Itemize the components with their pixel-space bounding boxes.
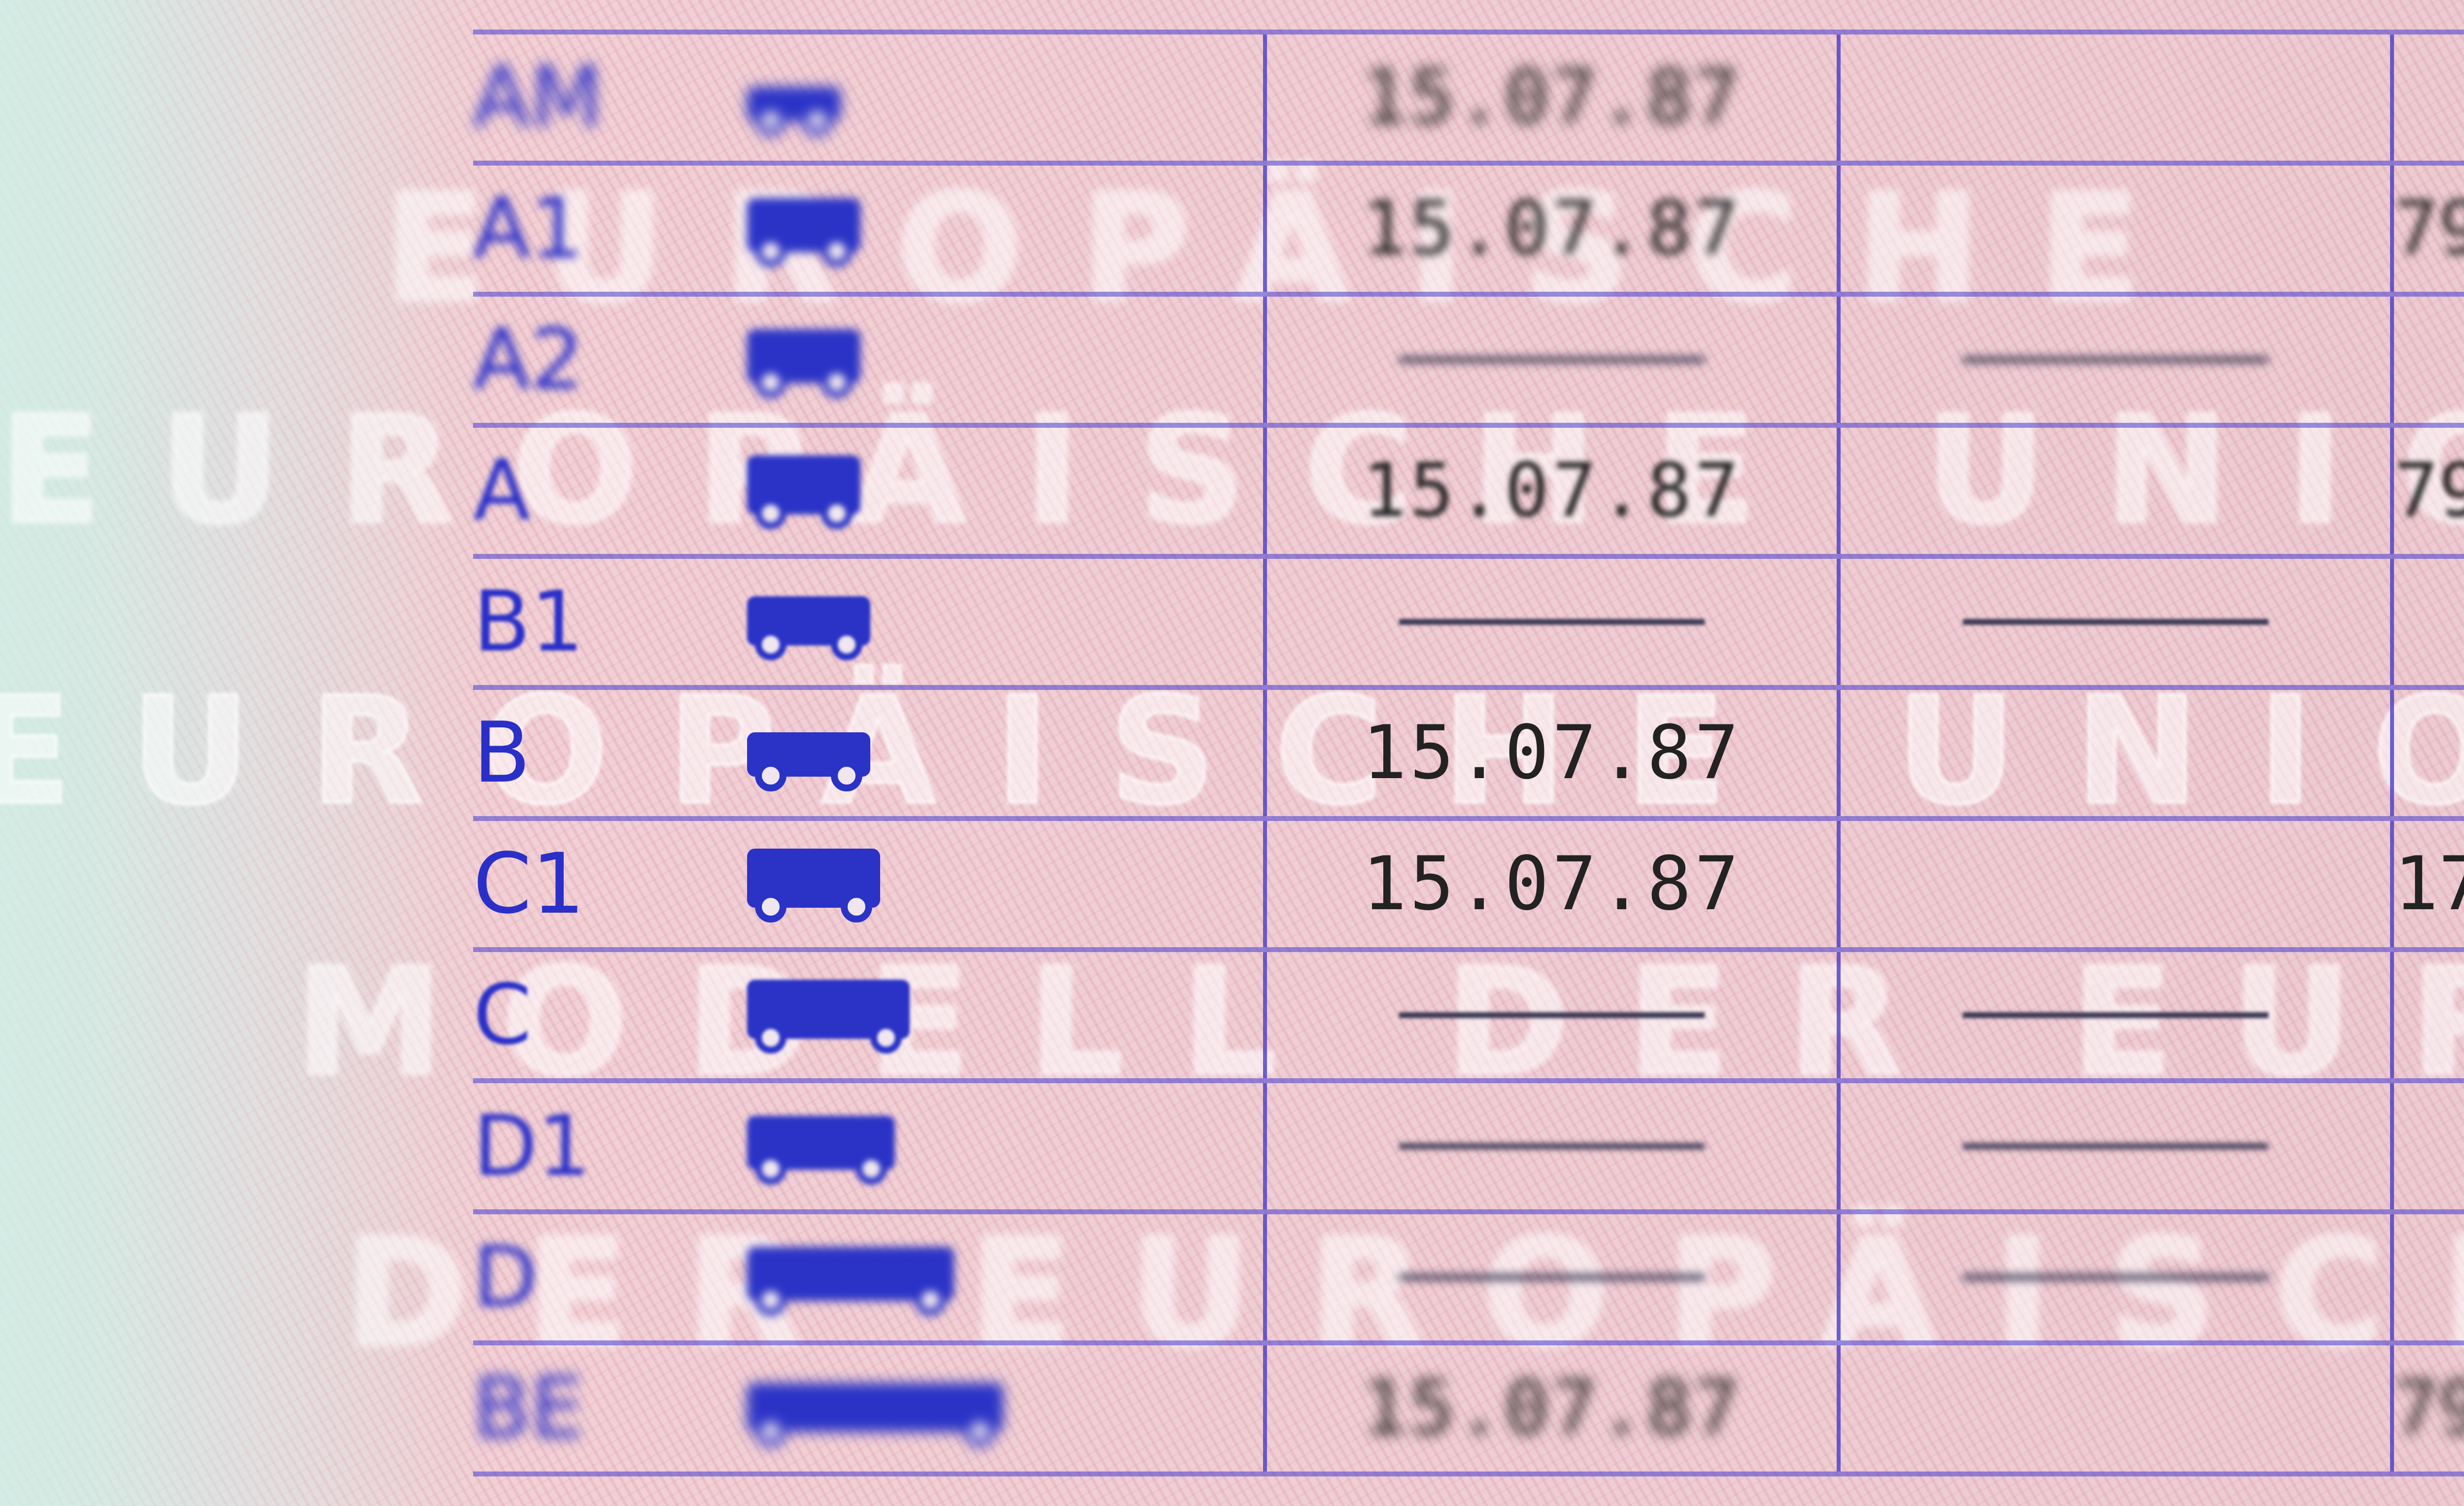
category-code: BE bbox=[473, 1343, 747, 1474]
category-code: D bbox=[473, 1212, 747, 1343]
valid-from-date: 15.07.87 bbox=[1265, 819, 1839, 950]
valid-from-date: 15.07.87 bbox=[1265, 163, 1839, 294]
valid-until-date bbox=[1839, 1343, 2392, 1474]
valid-until-date bbox=[1839, 425, 2392, 556]
light-vehicle-icon bbox=[747, 586, 870, 655]
restriction-codes: 171 bbox=[2392, 819, 2464, 950]
empty-dash bbox=[1963, 619, 2268, 625]
valid-from-date: 15.07.87 bbox=[1265, 32, 1839, 163]
valid-until-date bbox=[1839, 950, 2392, 1081]
category-code: A bbox=[473, 425, 747, 556]
category-code: C bbox=[473, 950, 747, 1081]
empty-dash bbox=[1963, 1143, 2268, 1149]
valid-from-date: 15.07.87 bbox=[1265, 687, 1839, 819]
category-code: C1 bbox=[473, 819, 747, 950]
restriction-codes bbox=[2392, 1212, 2464, 1343]
licence-row-c: C bbox=[473, 950, 2464, 1081]
restriction-codes bbox=[2392, 294, 2464, 425]
bus-icon bbox=[747, 1242, 954, 1311]
empty-dash bbox=[1399, 1274, 1705, 1280]
empty-dash bbox=[1963, 357, 2268, 363]
category-code: AM bbox=[473, 32, 747, 163]
car-icon bbox=[747, 718, 870, 787]
licence-row-be: BE15.07.8779.06 bbox=[473, 1343, 2464, 1474]
valid-until-date bbox=[1839, 687, 2392, 819]
licence-row-d1: D1 bbox=[473, 1081, 2464, 1212]
car-trailer-icon bbox=[747, 1373, 1003, 1442]
empty-dash bbox=[1399, 619, 1705, 625]
restriction-codes: 79.06 bbox=[2392, 1343, 2464, 1474]
valid-from-date: 15.07.87 bbox=[1265, 1343, 1839, 1474]
restriction-codes: 79.03,79.04 bbox=[2392, 163, 2464, 294]
licence-row-d: D bbox=[473, 1212, 2464, 1343]
valid-from-date bbox=[1265, 556, 1839, 687]
licence-row-a: A15.07.8779.03,79.04 bbox=[473, 425, 2464, 556]
licence-row-am: AM15.07.87 bbox=[473, 32, 2464, 163]
restriction-codes bbox=[2392, 556, 2464, 687]
restriction-codes bbox=[2392, 950, 2464, 1081]
valid-from-date bbox=[1265, 294, 1839, 425]
restriction-codes bbox=[2392, 687, 2464, 819]
licence-row-a2: A2 bbox=[473, 294, 2464, 425]
light-motorcycle-icon bbox=[747, 193, 860, 262]
empty-dash bbox=[1399, 1143, 1705, 1149]
light-truck-icon bbox=[747, 849, 880, 918]
empty-dash bbox=[1963, 1012, 2268, 1018]
empty-dash bbox=[1399, 1012, 1705, 1018]
restriction-codes bbox=[2392, 1081, 2464, 1212]
minibus-icon bbox=[747, 1111, 895, 1180]
empty-dash bbox=[1963, 1274, 2268, 1280]
category-code: B1 bbox=[473, 556, 747, 687]
valid-until-date bbox=[1839, 1212, 2392, 1343]
licence-category-table: AM15.07.87A115.07.8779.03,79.04A2A15.07.… bbox=[473, 30, 2464, 1476]
moped-icon bbox=[747, 62, 841, 131]
heavy-motorcycle-icon bbox=[747, 455, 860, 524]
valid-from-date bbox=[1265, 1081, 1839, 1212]
category-code: A2 bbox=[473, 294, 747, 425]
category-code: D1 bbox=[473, 1081, 747, 1212]
valid-from-date: 15.07.87 bbox=[1265, 425, 1839, 556]
restriction-codes: 79.03,79.04 bbox=[2392, 425, 2464, 556]
valid-until-date bbox=[1839, 32, 2392, 163]
category-code: A1 bbox=[473, 163, 747, 294]
category-code: B bbox=[473, 687, 747, 819]
valid-from-date bbox=[1265, 950, 1839, 1081]
licence-row-c1: C115.07.87171 bbox=[473, 819, 2464, 950]
valid-until-date bbox=[1839, 294, 2392, 425]
restriction-codes bbox=[2392, 32, 2464, 163]
valid-until-date bbox=[1839, 556, 2392, 687]
valid-until-date bbox=[1839, 163, 2392, 294]
motorcycle-icon bbox=[747, 324, 860, 393]
valid-until-date bbox=[1839, 1081, 2392, 1212]
licence-row-a1: A115.07.8779.03,79.04 bbox=[473, 163, 2464, 294]
valid-until-date bbox=[1839, 819, 2392, 950]
empty-dash bbox=[1399, 357, 1705, 363]
valid-from-date bbox=[1265, 1212, 1839, 1343]
truck-icon bbox=[747, 980, 910, 1049]
licence-row-b1: B1 bbox=[473, 556, 2464, 687]
licence-row-b: B15.07.87 bbox=[473, 687, 2464, 819]
